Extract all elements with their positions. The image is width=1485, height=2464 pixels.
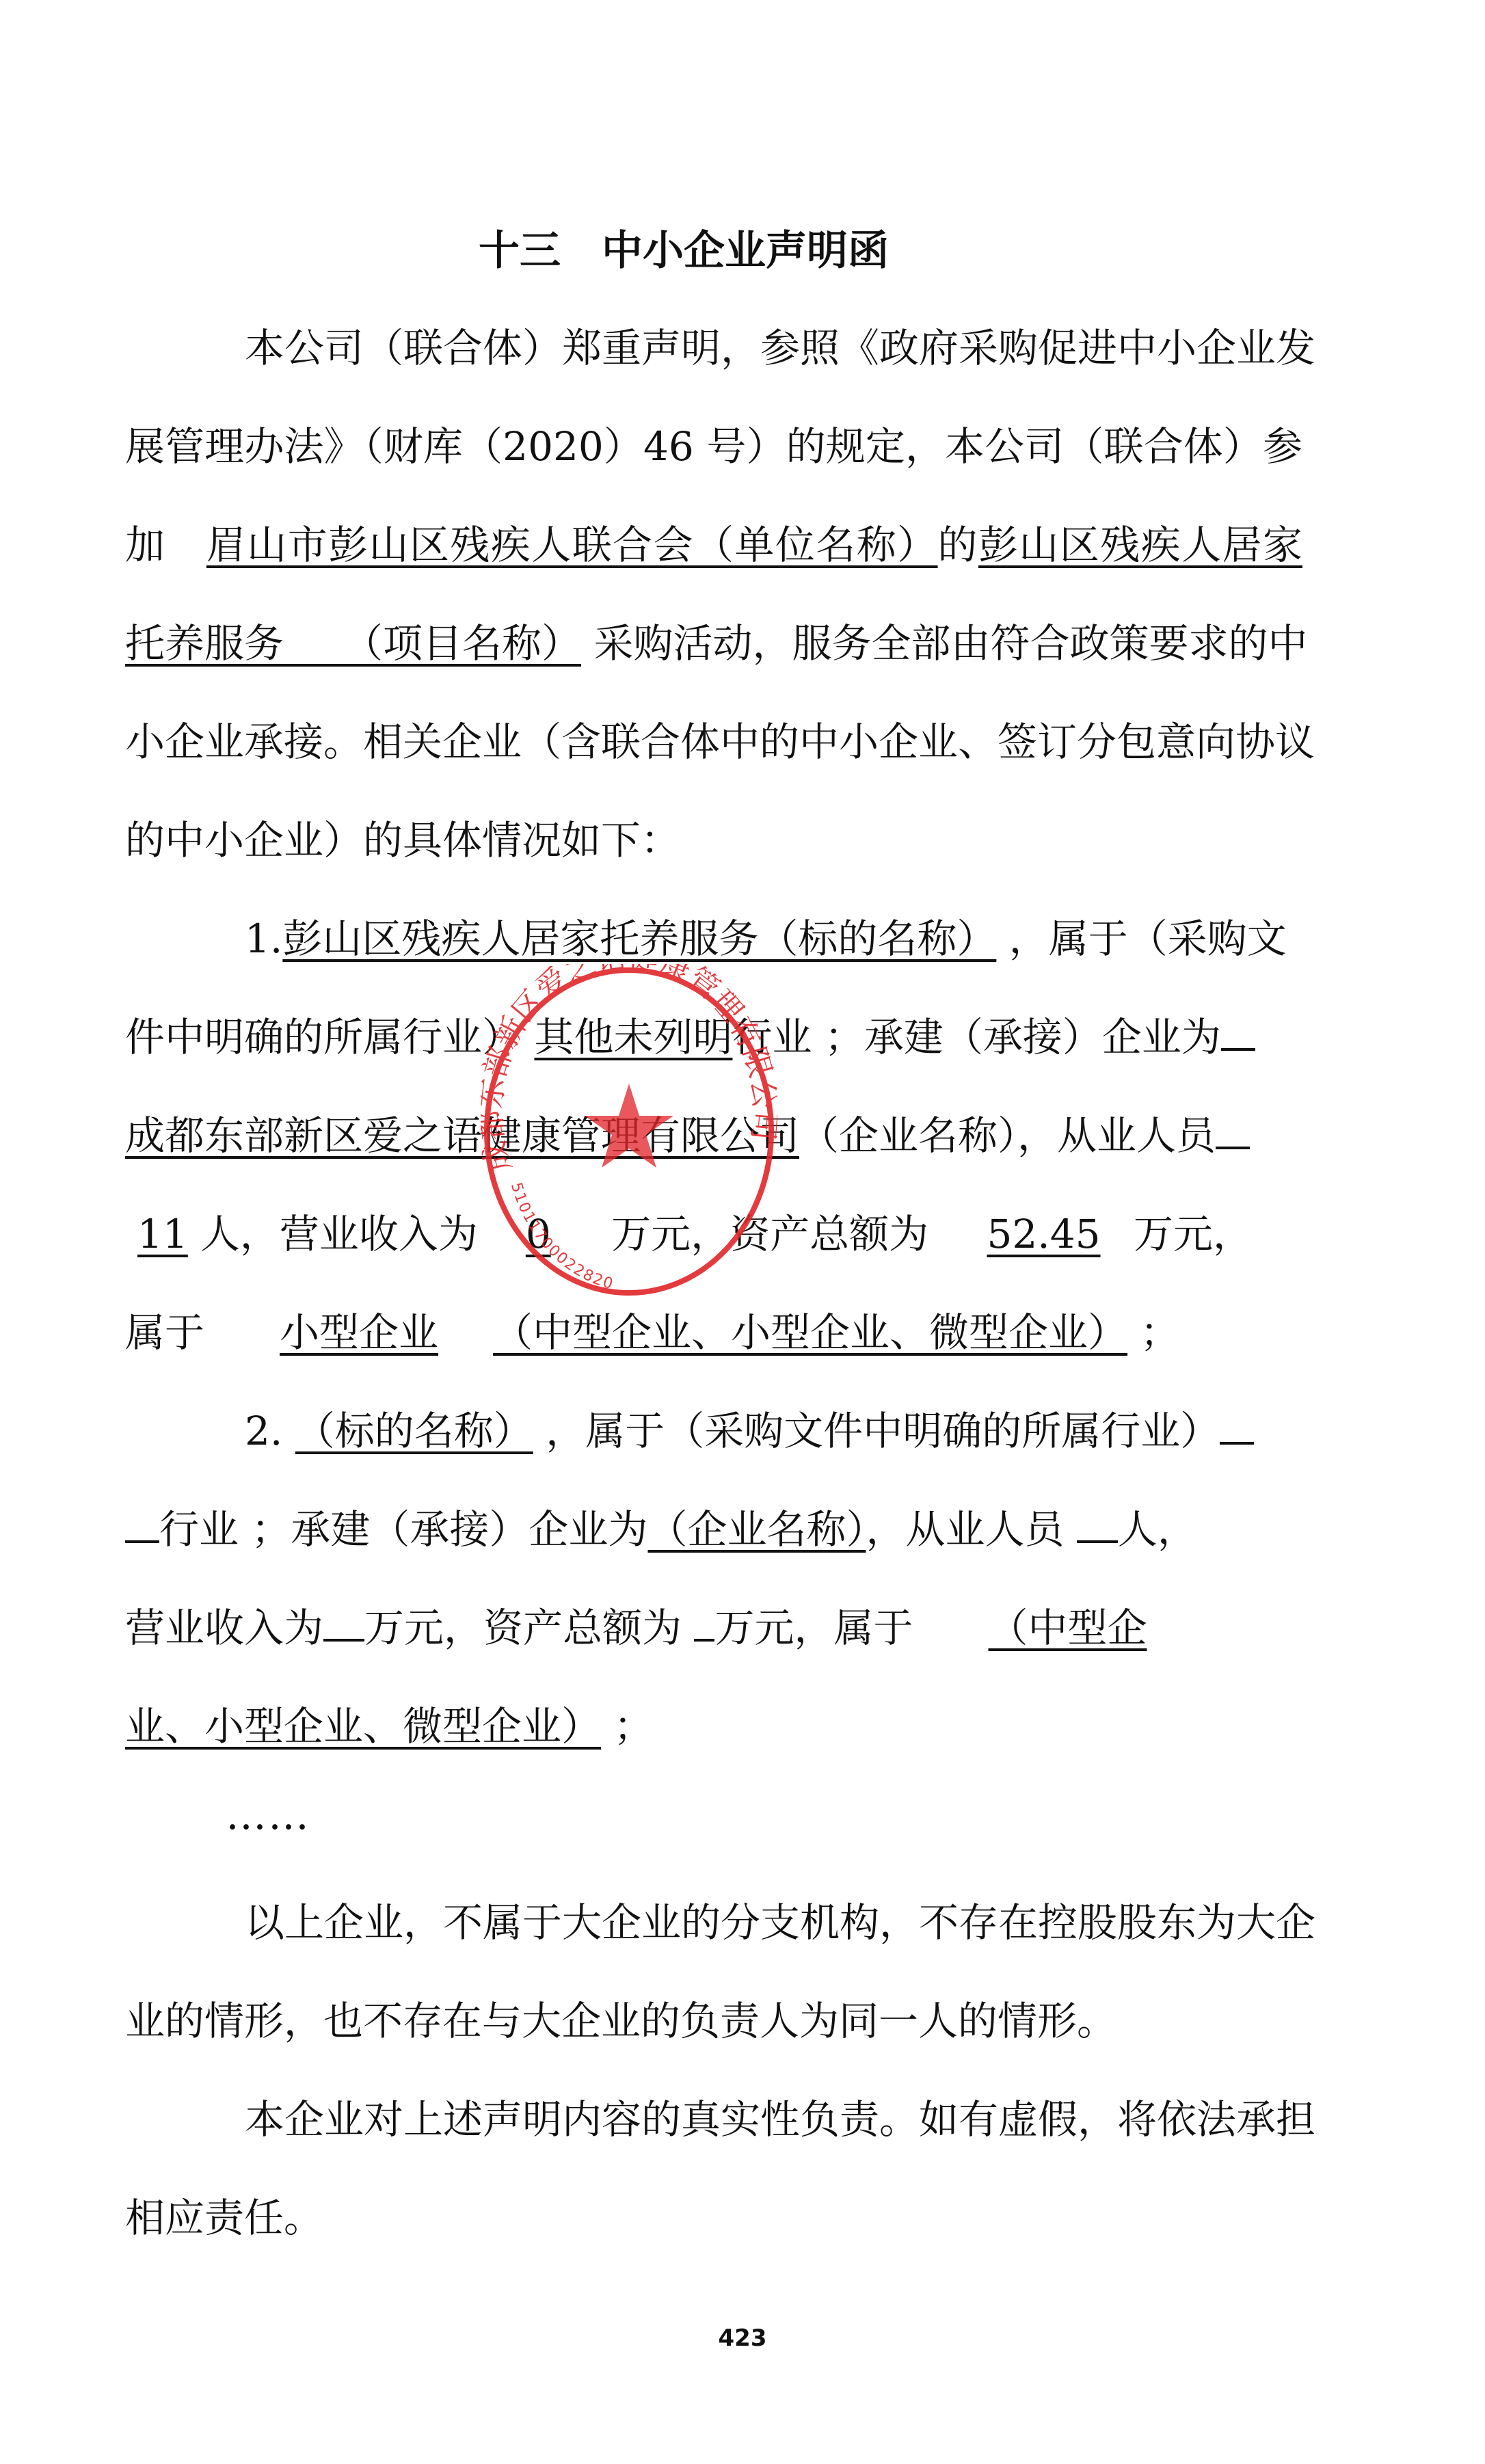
item1-subject: 彭山区残疾人居家托养服务（标的名称） <box>282 915 996 962</box>
item1-company: 成都东部新区爱之语健康管理有限公司 <box>125 1112 799 1159</box>
item2-subject: （标的名称） <box>295 1408 533 1454</box>
item2-number: 2. <box>245 1408 282 1454</box>
text: 件中明确的所属行业） <box>125 1014 522 1060</box>
intro-line-1: 本公司（联合体）郑重声明，参照《政府采购促进中小企业发 <box>245 299 1302 397</box>
blank-line <box>694 1611 714 1642</box>
text: 万元，资产总额为 <box>611 1211 928 1257</box>
page-number: 423 <box>708 2325 777 2352</box>
intro-line-5: 小企业承接。相关企业（含联合体中的中小企业、签订分包意向协议 <box>125 693 1302 791</box>
text: 加 <box>125 522 165 568</box>
text: ，从业人员 <box>866 1506 1064 1553</box>
intro-line-2: 展管理办法》（财库（2020）46 号）的规定，本公司（联合体）参 <box>125 397 1302 496</box>
text: 营业收入为 <box>125 1605 323 1651</box>
intro-line-3: 加 眉山市彭山区残疾人联合会（单位名称）的彭山区残疾人居家 <box>125 496 1302 594</box>
purchaser-name: 眉山市彭山区残疾人联合会（单位名称） <box>206 522 938 568</box>
no-large-line-2: 业的情形，也不存在与大企业的负责人为同一人的情形。 <box>125 1972 1302 2070</box>
item1-line-3: 成都东部新区爱之语健康管理有限公司（企业名称），从业人员 <box>125 1086 1302 1185</box>
text: ； <box>1140 1309 1179 1356</box>
text: 行业 ；承建（承接）企业为 <box>732 1014 1220 1060</box>
item1-line-1: 1.彭山区残疾人居家托养服务（标的名称） ，属于（采购文 <box>245 889 1302 988</box>
item1-line-2: 件中明确的所属行业） 其他未列明行业 ；承建（承接）企业为 <box>125 988 1302 1086</box>
text: 行业 ；承建（承接）企业为 <box>159 1506 647 1553</box>
item2-line-3: 营业收入为万元，资产总额为 万元，属于（中型企 <box>125 1579 1302 1677</box>
text: 万元， <box>1134 1211 1253 1257</box>
item2-category-options: （中型企 <box>913 1605 1147 1651</box>
responsibility-line-2: 相应责任。 <box>125 2169 1302 2267</box>
item2-category-options-cont: 业、小型企业、微型企业） <box>125 1703 601 1750</box>
project-name-part1: 彭山区残疾人居家 <box>978 522 1302 568</box>
item2-line-1: 2. （标的名称） ，属于（采购文件中明确的所属行业） <box>245 1382 1302 1480</box>
text: 人，营业收入为 <box>200 1211 478 1257</box>
text: （中型企 <box>913 1605 1147 1651</box>
item1-number: 1. <box>245 915 282 962</box>
blank-line <box>1216 1119 1250 1149</box>
no-large-line-1: 以上企业，不属于大企业的分支机构，不存在控股股东为大企 <box>245 1873 1302 1972</box>
item1-line-4: 11人，营业收入为0 万元，资产总额为 52.45 万元， <box>125 1185 1302 1283</box>
item1-category: 小型企业（中型企业、小型企业、微型企业） <box>204 1309 1127 1356</box>
text: 采购活动，服务全部由符合政策要求的中 <box>593 620 1307 667</box>
text: 的 <box>938 522 978 568</box>
responsibility-line-1: 本企业对上述声明内容的真实性负责。如有虚假，将依法承担 <box>245 2070 1302 2169</box>
intro-line-4: 托养服务 （项目名称） 采购活动，服务全部由符合政策要求的中 <box>125 594 1302 693</box>
page-title: 十三 中小企业声明函 <box>479 202 834 300</box>
text: ，属于（采购文件中明确的所属行业） <box>546 1408 1220 1454</box>
text: 人， <box>1118 1506 1197 1553</box>
item1-line-5: 属于小型企业（中型企业、小型企业、微型企业） ； <box>125 1283 1302 1382</box>
item2-line-4: 业、小型企业、微型企业） ； <box>125 1677 1302 1776</box>
item1-industry: 其他未列明 <box>534 1014 732 1060</box>
intro-line-6: 的中小企业）的具体情况如下： <box>125 791 1302 889</box>
text: （企业名称），从业人员 <box>799 1112 1216 1159</box>
text: 属于 <box>125 1309 204 1356</box>
category-options: （中型企业、小型企业、微型企业） <box>438 1309 1127 1356</box>
ellipsis: …… <box>226 1791 310 1839</box>
item2-company: （企业名称） <box>647 1506 866 1553</box>
blank-line <box>1221 1021 1255 1051</box>
item1-employees: 11 <box>125 1211 200 1257</box>
category-value: 小型企业 <box>204 1309 438 1356</box>
project-name-part2: 托养服务 （项目名称） <box>125 620 581 667</box>
blank-line <box>1220 1415 1254 1445</box>
text: ，属于（采购文 <box>1009 915 1287 962</box>
text: ； <box>613 1703 653 1750</box>
blank-line <box>125 1513 159 1543</box>
text: 万元，资产总额为 <box>364 1605 682 1651</box>
item2-line-2: 行业 ；承建（承接）企业为（企业名称），从业人员 人， <box>125 1480 1302 1579</box>
item1-revenue: 0 <box>478 1211 599 1257</box>
text: 万元，属于 <box>714 1605 913 1651</box>
blank-line <box>1077 1513 1118 1543</box>
item1-assets: 52.45 <box>967 1211 1121 1257</box>
blank-line <box>323 1611 364 1642</box>
